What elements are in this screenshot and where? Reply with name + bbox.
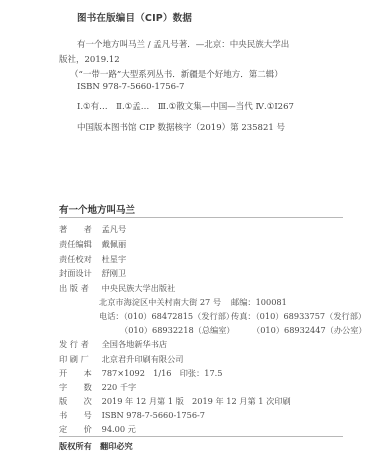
cover-design-value: 舒刚卫 xyxy=(102,268,127,278)
cover-design-row: 封面设计 舒刚卫 xyxy=(59,268,126,279)
proofreader-label: 责任校对 xyxy=(59,254,99,265)
copyright-notice: 版权所有 翻印必究 xyxy=(59,441,133,452)
publisher-phone-2: （010）68932218（总编室） xyxy=(120,325,235,336)
format-value: 787×1092 1/16 印张：17.5 xyxy=(102,368,223,378)
printer-row: 印 刷 厂 北京君升印刷有限公司 xyxy=(59,354,184,365)
cip-number: 中国版本图书馆 CIP 数据核字（2019）第 235821 号 xyxy=(77,121,285,133)
cip-series-line: （“一带一路”大型系列丛书．新疆是个好地方．第二辑） xyxy=(70,68,283,80)
price-label: 定 价 xyxy=(59,424,99,435)
publisher-address: 北京市海淀区中关村南大街 27 号 xyxy=(99,297,221,308)
price-row: 定 价 94.00 元 xyxy=(59,424,136,435)
word-count-label: 字 数 xyxy=(59,382,99,393)
distributor-value: 全国各地新华书店 xyxy=(102,339,168,349)
format-label: 开 本 xyxy=(59,368,99,379)
author-label: 著 者 xyxy=(59,224,99,235)
isbn-value: ISBN 978-7-5660-1756-7 xyxy=(102,410,205,420)
cip-isbn-line: ISBN 978-7-5660-1756-7 xyxy=(77,82,184,92)
publisher-fax-1: 传真：（010）68933757（发行部） xyxy=(231,311,366,322)
isbn-row: 书 号 ISBN 978-7-5660-1756-7 xyxy=(59,410,205,421)
book-title: 有一个地方叫马兰 xyxy=(59,202,135,216)
cover-design-label: 封面设计 xyxy=(59,268,99,279)
proofreader-value: 杜星宇 xyxy=(102,254,127,264)
word-count-row: 字 数 220 千字 xyxy=(59,382,136,393)
distributor-label: 发 行 者 xyxy=(59,339,99,350)
editor-label: 责任编辑 xyxy=(59,239,99,250)
printer-value: 北京君升印刷有限公司 xyxy=(102,354,184,364)
format-row: 开 本 787×1092 1/16 印张：17.5 xyxy=(59,368,223,379)
word-count-value: 220 千字 xyxy=(102,382,137,392)
publisher-label: 出 版 者 xyxy=(59,283,99,294)
publisher-fax-2: （010）68932447（办公室） xyxy=(252,325,367,336)
publisher-postcode: 邮编：100081 xyxy=(231,297,287,308)
cip-entry-line-1: 有一个地方叫马兰 / 孟凡号著．—北京：中央民族大学出 xyxy=(77,38,289,50)
edition-value: 2019 年 12 月第 1 版 2019 年 12 月第 1 次印刷 xyxy=(102,396,291,406)
title-divider xyxy=(59,217,343,218)
price-value: 94.00 元 xyxy=(102,424,136,434)
editor-row: 责任编辑 戴佩丽 xyxy=(59,239,126,250)
distributor-row: 发 行 者 全国各地新华书店 xyxy=(59,339,167,350)
cip-classification: Ⅰ.①有… Ⅱ.①孟… Ⅲ.①散文集—中国—当代 Ⅳ.①I267 xyxy=(77,100,294,112)
printer-label: 印 刷 厂 xyxy=(59,354,99,365)
footer-divider xyxy=(59,436,343,437)
editor-value: 戴佩丽 xyxy=(102,239,127,249)
author-row: 著 者 孟凡号 xyxy=(59,224,126,235)
edition-label: 版 次 xyxy=(59,396,99,407)
edition-row: 版 次 2019 年 12 月第 1 版 2019 年 12 月第 1 次印刷 xyxy=(59,396,291,407)
publisher-row: 出 版 者 中央民族大学出版社 xyxy=(59,283,175,294)
proofreader-row: 责任校对 杜星宇 xyxy=(59,254,126,265)
author-value: 孟凡号 xyxy=(102,224,127,234)
cip-entry-line-2: 版社，2019.12 xyxy=(59,53,120,65)
publisher-value: 中央民族大学出版社 xyxy=(102,283,176,293)
isbn-label: 书 号 xyxy=(59,410,99,421)
publisher-phone-1: 电话：（010）68472815（发行部） xyxy=(99,311,234,322)
cip-heading: 图书在版编目（CIP）数据 xyxy=(77,10,192,24)
